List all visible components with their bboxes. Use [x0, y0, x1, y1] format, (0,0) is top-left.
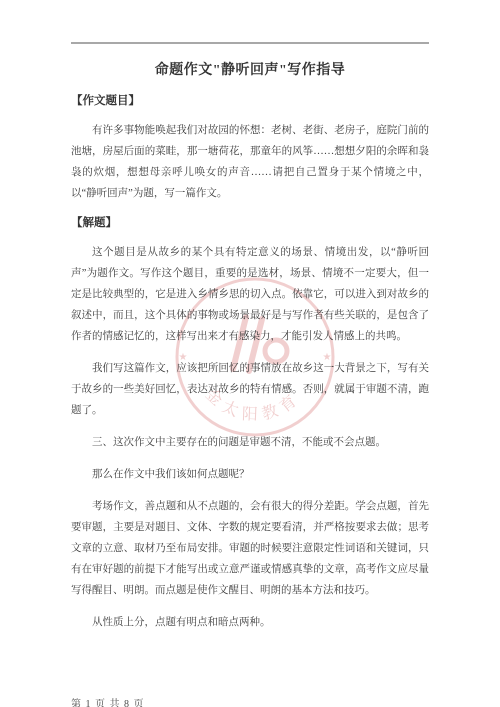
paragraph-analysis-1: 这个题目是从故乡的某个具有特定意义的场景、情境出发，以“静听回声”为题作文。写作…	[71, 242, 429, 347]
paragraph-point-types: 从性质上分，点题有明点和暗点两种。	[71, 612, 429, 633]
document-page: 命题作文"静听回声"写作指导 【作文题目】 有许多事物能唤起我们对故园的怀想：老…	[0, 42, 500, 633]
page-title: 命题作文"静听回声"写作指导	[71, 59, 429, 82]
paragraph-analysis-2: 我们写这篇作文，应该把所回忆的事情放在故乡这一大背景之下，写有关于故乡的一些美好…	[71, 358, 429, 421]
page-footer: 第 1 页 共 8 页	[71, 695, 145, 707]
paragraph-topic-description: 有许多事物能唤起我们对故园的怀想：老树、老街、老房子，庭院门前的池塘，房屋后面的…	[71, 120, 429, 204]
paragraph-question: 那么在作文中我们该如何点题呢？	[71, 464, 429, 485]
section-heading-essay-topic: 【作文题目】	[71, 94, 429, 109]
header-rule	[71, 42, 429, 44]
section-heading-analysis: 【解题】	[71, 216, 429, 231]
paragraph-problem-statement: 三、这次作文中主要存在的问题是审题不清，不能或不会点题。	[71, 432, 429, 453]
paragraph-exam-advice: 考场作文，善点题和从不点题的，会有很大的得分差距。学会点题，首先要审题，主要是对…	[71, 496, 429, 601]
